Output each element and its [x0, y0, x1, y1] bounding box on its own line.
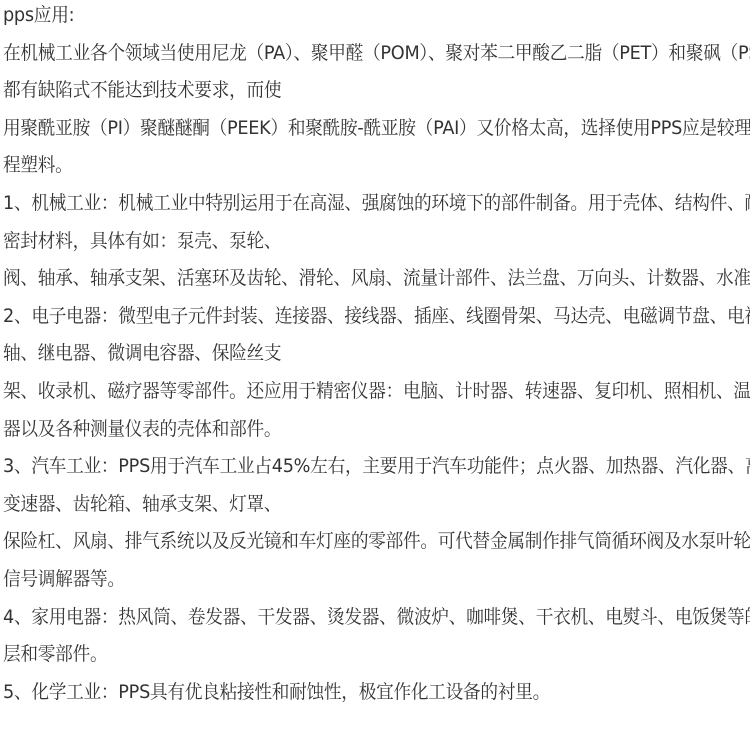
section-5-chemical-line-1: 5、化学工业：PPS具有优良粘接性和耐蚀性，极宜作化工设备的衬里。 [3, 677, 698, 715]
intro-line-2: 都有缺陷式不能达到技术要求，而使 [3, 75, 698, 113]
section-3-automotive-line-2: 变速器、齿轮箱、轴承支架、灯罩、 [3, 489, 698, 527]
intro-line-1: 在机械工业各个领域当使用尼龙（PA）、聚甲醛（POM）、聚对苯二甲酸乙二脂（PE… [3, 38, 698, 76]
document-body: pps应用: 在机械工业各个领域当使用尼龙（PA）、聚甲醛（POM）、聚对苯二甲… [3, 0, 750, 714]
section-3-automotive-line-4: 信号调解器等。 [3, 564, 698, 602]
section-3-automotive-line-3: 保险杠、风扇、排气系统以及反光镜和车灯座的零部件。可代替金属制作排气筒循环阀及水… [3, 526, 698, 564]
section-2-electronics-line-4: 器以及各种测量仪表的壳体和部件。 [3, 414, 698, 452]
section-2-electronics-line-1: 2、电子电器：微型电子元件封装、连接器、接线器、插座、线圈骨架、马达壳、电磁调节… [3, 301, 698, 339]
section-1-mechanical-line-2: 密封材料，具体有如：泵壳、泵轮、 [3, 226, 698, 264]
section-4-household-line-1: 4、家用电器：热风筒、卷发器、干发器、烫发器、微波炉、咖啡煲、干衣机、电熨斗、电… [3, 602, 698, 640]
intro-line-3: 用聚酰亚胺（PI）聚醚醚酮（PEEK）和聚酰胺-酰亚胺（PAI）又价格太高，选择… [3, 113, 698, 151]
section-3-automotive-line-1: 3、汽车工业：PPS用于汽车工业占45%左右，主要用于汽车功能件；点火器、加热器… [3, 451, 698, 489]
heading-pps-applications: pps应用: [3, 0, 698, 38]
section-4-household-line-2: 层和零部件。 [3, 639, 698, 677]
section-1-mechanical-line-1: 1、机械工业：机械工业中特别运用于在高湿、强腐蚀的环境下的部件制备。用于壳体、结… [3, 188, 698, 226]
intro-line-4: 程塑料。 [3, 150, 698, 188]
section-2-electronics-line-3: 架、收录机、磁疗器等零部件。还应用于精密仪器：电脑、计时器、转速器、复印机、照相… [3, 376, 698, 414]
section-2-electronics-line-2: 轴、继电器、微调电容器、保险丝支 [3, 338, 698, 376]
section-1-mechanical-line-3: 阀、轴承、轴承支架、活塞环及齿轮、滑轮、风扇、流量计部件、法兰盘、万向头、计数器… [3, 263, 698, 301]
